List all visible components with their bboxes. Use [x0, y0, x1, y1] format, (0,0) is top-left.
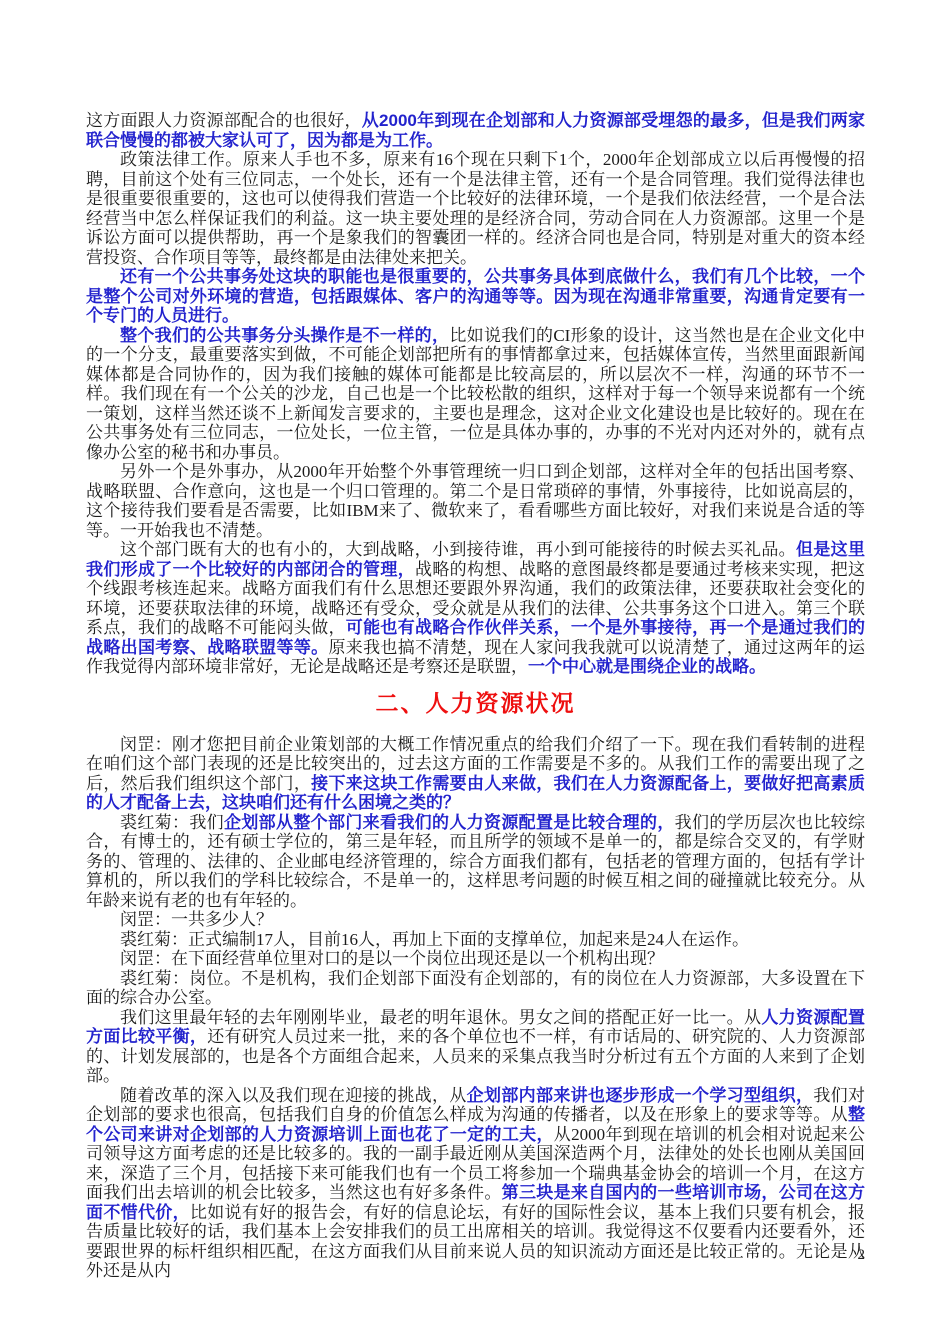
paragraph: 闵罡：在下面经营单位里对口的是以一个岗位出现还是以一个机构出现？ [86, 949, 865, 969]
body-text-run: 闵罡：在下面经营单位里对口的是以一个岗位出现还是以一个机构出现？ [120, 949, 664, 968]
body-text-run: 裘红菊：我们 [120, 813, 224, 832]
section-heading: 二、人力资源状况 [86, 690, 865, 717]
document-body: 这方面跟人力资源部配合的也很好，从2000年到现在企划部和人力资源部受埋怨的最多… [86, 111, 865, 1281]
body-text-run: 随着改革的深入以及我们现在迎接的挑战，从 [120, 1086, 467, 1105]
body-text-run: 裘红菊：正式编制17人，目前16人，再加上下面的支撑单位，加起来是24人在运作。 [120, 930, 749, 949]
emphasis-text-run: 一个中心就是围绕企业的战略。 [528, 657, 766, 676]
body-text-run: 比如说有好的报告会，有好的信息论坛，有好的国际性会议，基本上我们只要有机会，报告… [86, 1203, 865, 1281]
paragraph: 另外一个是外事办，从2000年开始整个外事管理统一归口到企划部，这样对全年的包括… [86, 462, 865, 540]
body-text-run: 闵罡：一共多少人？ [120, 910, 273, 929]
paragraph: 随着改革的深入以及我们现在迎接的挑战，从企划部内部来讲也逐步形成一个学习型组织，… [86, 1086, 865, 1281]
paragraph: 这方面跟人力资源部配合的也很好，从2000年到现在企划部和人力资源部受埋怨的最多… [86, 111, 865, 150]
body-text-run: 这个部门既有大的也有小的，大到战略，小到接待谁，再小到可能接待的时候去买礼品。 [120, 540, 796, 559]
paragraph: 闵罡：刚才您把目前企业策划部的大概工作情况重点的给我们介绍了一下。现在我们看转制… [86, 735, 865, 813]
body-text-run: 这方面跟人力资源部配合的也很好， [86, 111, 362, 130]
paragraph: 裘红菊：岗位。不是机构，我们企划部下面没有企划部的，有的岗位在人力资源部，大多设… [86, 969, 865, 1008]
page-number: 2 [858, 1247, 866, 1264]
paragraph: 裘红菊：正式编制17人，目前16人，再加上下面的支撑单位，加起来是24人在运作。 [86, 930, 865, 950]
paragraph: 裘红菊：我们企划部从整个部门来看我们的人力资源配置是比较合理的，我们的学历层次也… [86, 813, 865, 911]
body-text-run: 比如说我们的CI形象的设计，这当然也是在企业文化中的一个分支，最重要落实到做，不… [86, 326, 865, 462]
emphasis-text-run: 企划部内部来讲也逐步形成一个学习型组织， [467, 1086, 814, 1105]
emphasis-text-run: 企划部从整个部门来看我们的人力资源配置是比较合理的， [224, 813, 675, 832]
paragraph: 闵罡：一共多少人？ [86, 910, 865, 930]
body-text-run: 裘红菊：岗位。不是机构，我们企划部下面没有企划部的，有的岗位在人力资源部，大多设… [86, 969, 865, 1008]
body-text-run: 政策法律工作。原来人手也不多，原来有16个现在只剩下1个，2000年企划部成立以… [86, 150, 865, 267]
body-text-run: 另外一个是外事办，从2000年开始整个外事管理统一归口到企划部，这样对全年的包括… [86, 462, 865, 540]
paragraph: 我们这里最年轻的去年刚刚毕业，最老的明年退休。男女之间的搭配正好一比一。从人力资… [86, 1008, 865, 1086]
emphasis-text-run: 还有一个公共事务处这块的职能也是很重要的，公共事务具体到底做什么，我们有几个比较… [86, 267, 865, 325]
document-page: 这方面跟人力资源部配合的也很好，从2000年到现在企划部和人力资源部受埋怨的最多… [0, 0, 950, 1344]
emphasis-text-run: 整个我们的公共事务分头操作是不一样的， [120, 326, 449, 345]
body-text-run: 我们这里最年轻的去年刚刚毕业，最老的明年退休。男女之间的搭配正好一比一。从 [120, 1008, 761, 1027]
paragraph: 政策法律工作。原来人手也不多，原来有16个现在只剩下1个，2000年企划部成立以… [86, 150, 865, 267]
paragraph: 还有一个公共事务处这块的职能也是很重要的，公共事务具体到底做什么，我们有几个比较… [86, 267, 865, 326]
paragraph: 整个我们的公共事务分头操作是不一样的，比如说我们的CI形象的设计，这当然也是在企… [86, 326, 865, 463]
paragraph: 这个部门既有大的也有小的，大到战略，小到接待谁，再小到可能接待的时候去买礼品。但… [86, 540, 865, 677]
